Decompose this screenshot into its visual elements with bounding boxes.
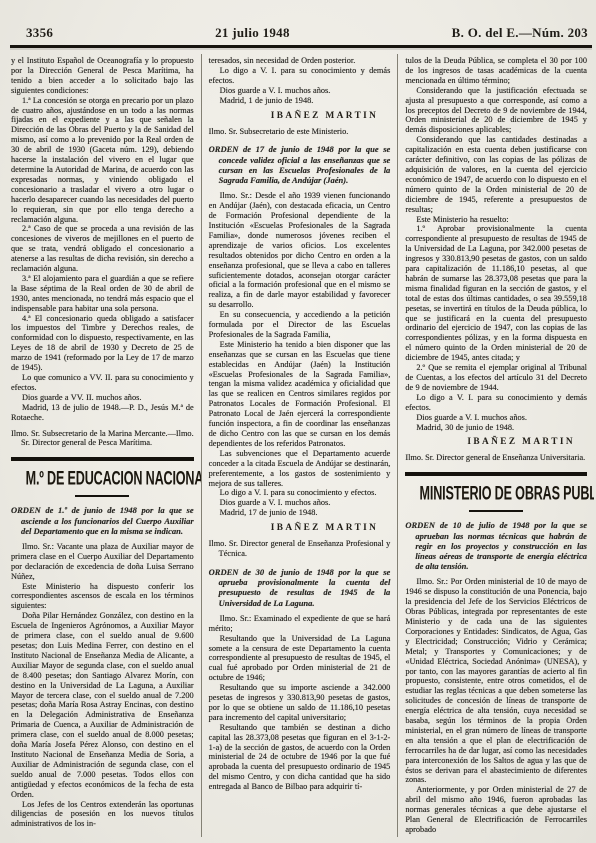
ministry-title: M.º DE EDUCACION NACIONAL bbox=[26, 468, 179, 490]
paragraph: En su consecuencia, y accediendo a la pe… bbox=[209, 310, 391, 340]
paragraph: Lo digo a V. I. para su conocimiento y d… bbox=[405, 393, 587, 413]
paragraph: Dios guarde a VV. II. muchos años. bbox=[11, 393, 194, 403]
column-left: y el Instituto Español de Oceanografía y… bbox=[4, 54, 201, 837]
paragraph: 2.ª Caso de que se proceda a una revisió… bbox=[11, 224, 194, 274]
ministry-heading: M.º DE EDUCACION NACIONAL bbox=[11, 457, 194, 497]
column-right: tulos de la Deuda Pública, se completa e… bbox=[397, 54, 594, 837]
order-summary: ORDEN de 17 de junio de 1948 por la que … bbox=[209, 144, 391, 185]
addressee: Ilmo. Sr. Subsecretario de este Minister… bbox=[209, 127, 391, 137]
page-header: 3356 21 julio 1948 B. O. del E.—Núm. 203 bbox=[26, 25, 588, 41]
heading-top-bar bbox=[11, 457, 194, 461]
heading-underline bbox=[75, 495, 129, 497]
paragraph: Ilmo. Sr.: Vacante una plaza de Auxiliar… bbox=[11, 542, 194, 582]
paragraph: Dios guarde a V. I. muchos años. bbox=[209, 86, 391, 96]
paragraph: 3.ª El alojamiento para el guardián a qu… bbox=[11, 274, 194, 314]
addressee: Ilmo. Sr. Director general de Enseñanza … bbox=[209, 539, 391, 559]
column-center: teresados, sin necesidad de Orden poster… bbox=[201, 54, 398, 837]
gazette-page: 3356 21 julio 1948 B. O. del E.—Núm. 203… bbox=[0, 0, 596, 843]
paragraph: Considerando que las cantidades destinad… bbox=[405, 135, 587, 214]
issue-number: B. O. del E.—Núm. 203 bbox=[452, 25, 588, 41]
page-number: 3356 bbox=[26, 25, 53, 41]
addressee: Ilmo. Sr. Subsecretario de la Marina Mer… bbox=[11, 429, 194, 449]
paragraph: Lo digo a V. I. para su conocimiento y e… bbox=[209, 488, 391, 498]
addressee: Ilmo. Sr. Director general de Enseñanza … bbox=[405, 453, 587, 463]
paragraph: Este Ministerio ha tenido a bien dispone… bbox=[209, 340, 391, 449]
paragraph: Doña Pilar Hernández González, con desti… bbox=[11, 611, 194, 799]
paragraph: 1.º Aprobar provisionalmente la cuenta c… bbox=[405, 224, 587, 363]
paragraph: Madrid, 17 de junio de 1948. bbox=[209, 508, 391, 518]
order-summary: ORDEN de 30 de junio de 1948 por la que … bbox=[209, 567, 391, 608]
paragraph: Lo que comunico a VV. II. para su conoci… bbox=[11, 373, 194, 393]
ministry-heading: MINISTERIO DE OBRAS PUBLICAS bbox=[405, 472, 587, 512]
paragraph: Ilmo. Sr.: Desde el año 1939 vienen func… bbox=[209, 191, 391, 310]
paragraph: Los Jefes de los Centros extenderán las … bbox=[11, 800, 194, 830]
heading-top-bar bbox=[405, 472, 587, 476]
paragraph: Madrid, 13 de julio de 1948.—P. D., Jesú… bbox=[11, 403, 194, 423]
signature: IBAÑEZ MARTIN bbox=[209, 523, 391, 533]
paragraph: Este Ministerio ha resuelto: bbox=[405, 215, 587, 225]
order-summary: ORDEN de 10 de julio de 1948 por la que … bbox=[405, 520, 587, 571]
paragraph: Las subvenciones que el Departamento acu… bbox=[209, 449, 391, 489]
paragraph: Resultando que la Universidad de La Lagu… bbox=[209, 634, 391, 684]
signature: IBAÑEZ MARTIN bbox=[405, 437, 587, 447]
page-date: 21 julio 1948 bbox=[215, 25, 290, 41]
paragraph: Lo digo a V. I. para su conocimiento y d… bbox=[209, 66, 391, 86]
paragraph: 4.ª El concesionario queda obligado a sa… bbox=[11, 314, 194, 373]
ministry-title: MINISTERIO DE OBRAS PUBLICAS bbox=[420, 483, 573, 505]
paragraph: Este Ministerio ha dispuesto conferir lo… bbox=[11, 582, 194, 612]
text-columns: y el Instituto Español de Oceanografía y… bbox=[4, 54, 594, 837]
paragraph-continued: teresados, sin necesidad de Orden poster… bbox=[209, 56, 391, 66]
signature: IBAÑEZ MARTIN bbox=[209, 111, 391, 121]
paragraph: Anteriormente, y por Orden ministerial d… bbox=[405, 785, 587, 835]
paragraph: 1.ª La concesión se otorga en precario p… bbox=[11, 96, 194, 225]
order-summary: ORDEN de 1.º de junio de 1948 por la que… bbox=[11, 505, 194, 536]
paragraph: Dios guarde a V. I. muchos años. bbox=[405, 413, 587, 423]
paragraph: Resultando que su importe asciende a 342… bbox=[209, 683, 391, 723]
paragraph-continued: tulos de la Deuda Pública, se completa e… bbox=[405, 56, 587, 86]
paragraph: Dios guarde a V. I. muchos años. bbox=[209, 498, 391, 508]
paragraph: Madrid, 30 de junio de 1948. bbox=[405, 423, 587, 433]
paragraph: Ilmo. Sr.: Por Orden ministerial de 10 d… bbox=[405, 577, 587, 785]
header-rule bbox=[10, 45, 592, 48]
paragraph: Madrid, 1 de junio de 1948. bbox=[209, 96, 391, 106]
paragraph-continued: y el Instituto Español de Oceanografía y… bbox=[11, 56, 194, 96]
paragraph: Considerando que la justificación efectu… bbox=[405, 86, 587, 136]
paragraph: Ilmo. Sr.: Examinado el expediente de qu… bbox=[209, 614, 391, 634]
heading-underline bbox=[469, 510, 523, 512]
paragraph: 2.º Que se remita el ejemplar original a… bbox=[405, 363, 587, 393]
paragraph: Resultando que también se destinan a dic… bbox=[209, 723, 391, 792]
